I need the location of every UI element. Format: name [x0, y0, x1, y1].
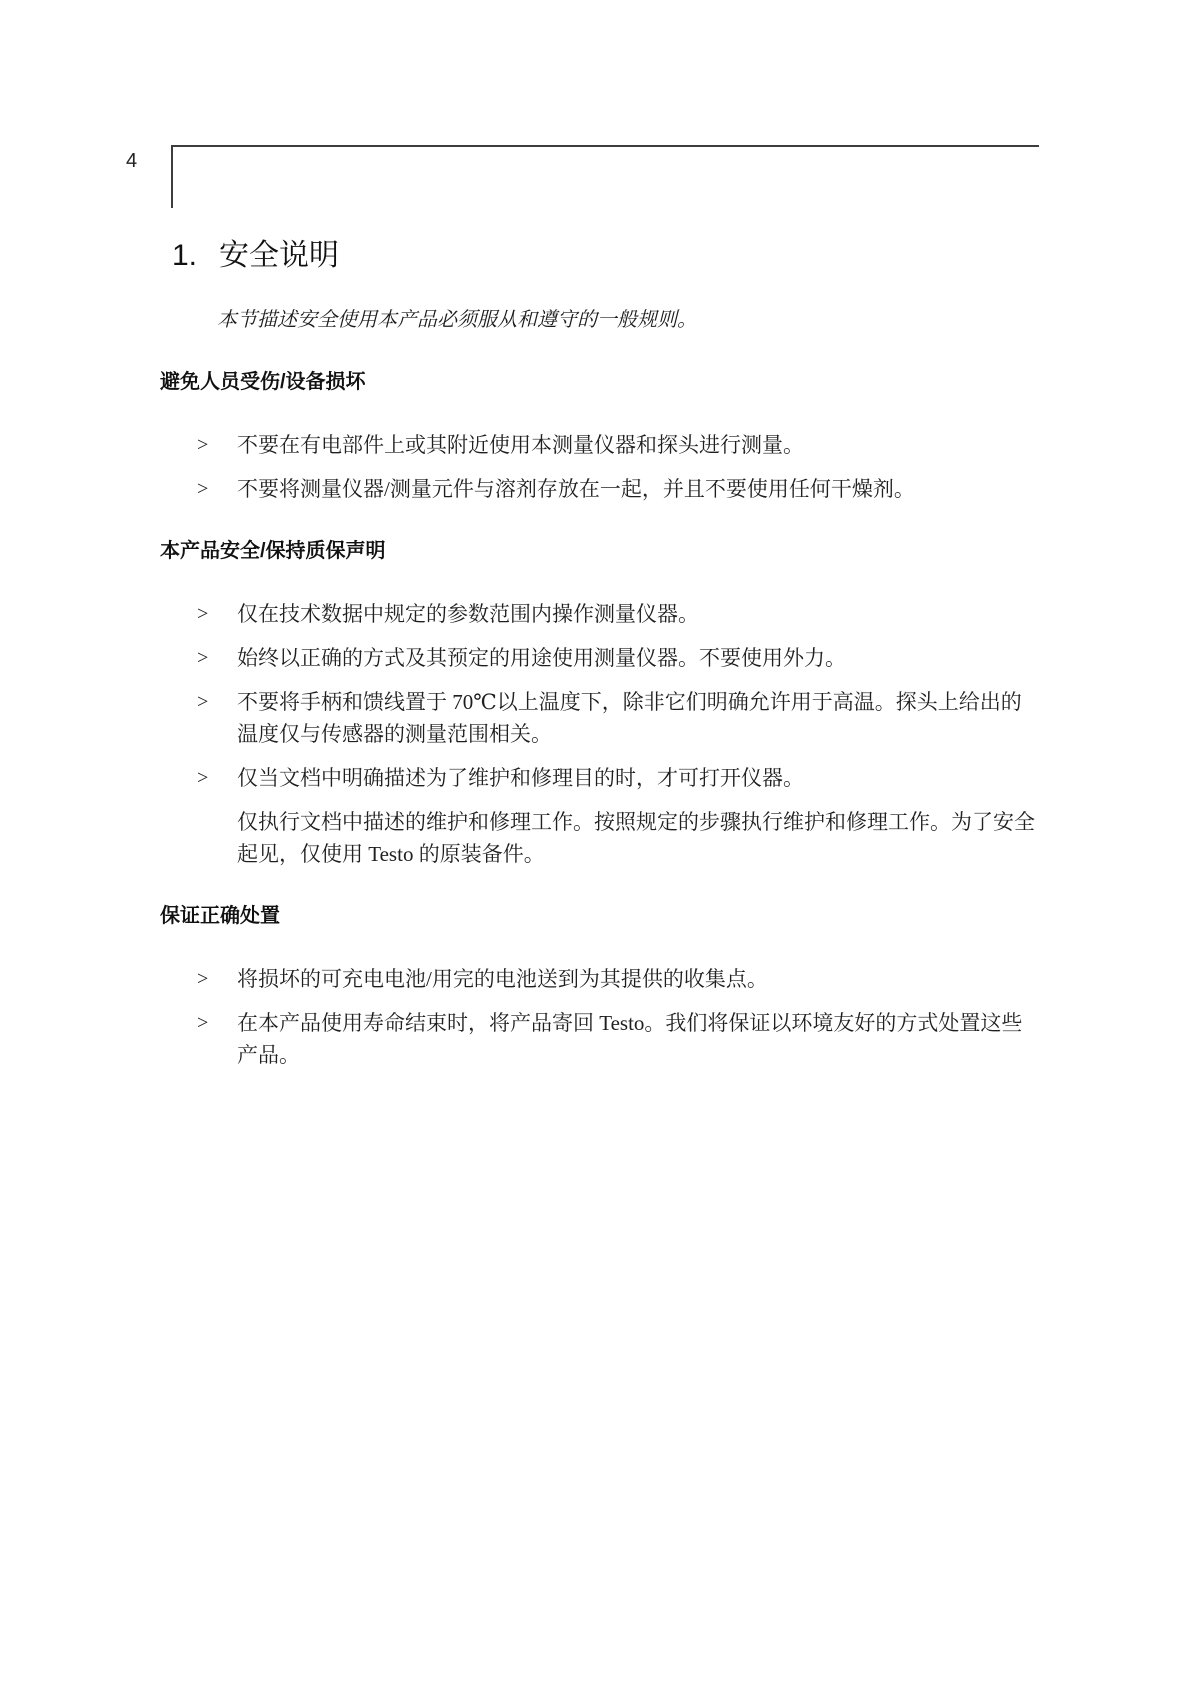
heading-title: 安全说明 [219, 236, 339, 276]
list-item: > 仅当文档中明确描述为了维护和修理目的时，才可打开仪器。 [160, 762, 1040, 794]
manual-page: 4 1. 安全说明 本节描述安全使用本产品必须服从和遵守的一般规则。 避免人员受… [0, 0, 1200, 1697]
subsection-title: 本产品安全/保持质保声明 [160, 535, 1040, 567]
bullet-marker: > [197, 762, 237, 794]
list-item-text: 不要将测量仪器/测量元件与溶剂存放在一起，并且不要使用任何干燥剂。 [237, 473, 1037, 505]
section-avoid-injury: 避免人员受伤/设备损坏 > 不要在有电部件上或其附近使用本测量仪器和探头进行测量… [160, 366, 1040, 505]
section-disposal: 保证正确处置 > 将损坏的可充电电池/用完的电池送到为其提供的收集点。 > 在本… [160, 900, 1040, 1071]
list-item: > 不要将手柄和馈线置于 70℃以上温度下，除非它们明确允许用于高温。探头上给出… [160, 686, 1040, 750]
subsection-title: 避免人员受伤/设备损坏 [160, 366, 1040, 398]
list-item-text: 仅在技术数据中规定的参数范围内操作测量仪器。 [237, 598, 1037, 630]
list-item-text: 始终以正确的方式及其预定的用途使用测量仪器。不要使用外力。 [237, 642, 1037, 674]
list-item: > 始终以正确的方式及其预定的用途使用测量仪器。不要使用外力。 [160, 642, 1040, 674]
page-number: 4 [126, 150, 137, 173]
list-item-text: 仅当文档中明确描述为了维护和修理目的时，才可打开仪器。 [237, 762, 1037, 794]
list-item: > 仅在技术数据中规定的参数范围内操作测量仪器。 [160, 598, 1040, 630]
bullet-marker: > [197, 429, 237, 461]
subsection-title: 保证正确处置 [160, 900, 1040, 932]
note-paragraph: 仅执行文档中描述的维护和修理工作。按照规定的步骤执行维护和修理工作。为了安全起见… [237, 806, 1037, 870]
bullet-marker: > [197, 1007, 237, 1039]
section-product-safety: 本产品安全/保持质保声明 > 仅在技术数据中规定的参数范围内操作测量仪器。 > … [160, 535, 1040, 870]
bullet-marker: > [197, 473, 237, 505]
list-item: > 不要将测量仪器/测量元件与溶剂存放在一起，并且不要使用任何干燥剂。 [160, 473, 1040, 505]
intro-paragraph: 本节描述安全使用本产品必须服从和遵守的一般规则。 [217, 304, 1040, 336]
section-heading: 1. 安全说明 [172, 236, 1040, 276]
page-corner-rule [171, 145, 1039, 208]
bullet-list: > 将损坏的可充电电池/用完的电池送到为其提供的收集点。 > 在本产品使用寿命结… [160, 963, 1040, 1071]
bullet-list: > 仅在技术数据中规定的参数范围内操作测量仪器。 > 始终以正确的方式及其预定的… [160, 598, 1040, 794]
list-item: > 在本产品使用寿命结束时，将产品寄回 Testo。我们将保证以环境友好的方式处… [160, 1007, 1040, 1071]
bullet-marker: > [197, 642, 237, 674]
list-item: > 将损坏的可充电电池/用完的电池送到为其提供的收集点。 [160, 963, 1040, 995]
bullet-marker: > [197, 598, 237, 630]
bullet-list: > 不要在有电部件上或其附近使用本测量仪器和探头进行测量。 > 不要将测量仪器/… [160, 429, 1040, 505]
list-item: > 不要在有电部件上或其附近使用本测量仪器和探头进行测量。 [160, 429, 1040, 461]
list-item-text: 不要将手柄和馈线置于 70℃以上温度下，除非它们明确允许用于高温。探头上给出的温… [237, 686, 1037, 750]
list-item-text: 将损坏的可充电电池/用完的电池送到为其提供的收集点。 [237, 963, 1037, 995]
bullet-marker: > [197, 963, 237, 995]
page-content: 1. 安全说明 本节描述安全使用本产品必须服从和遵守的一般规则。 避免人员受伤/… [160, 236, 1040, 1071]
list-item-text: 不要在有电部件上或其附近使用本测量仪器和探头进行测量。 [237, 429, 1037, 461]
bullet-marker: > [197, 686, 237, 718]
list-item-text: 在本产品使用寿命结束时，将产品寄回 Testo。我们将保证以环境友好的方式处置这… [237, 1007, 1037, 1071]
heading-number: 1. [172, 236, 219, 276]
